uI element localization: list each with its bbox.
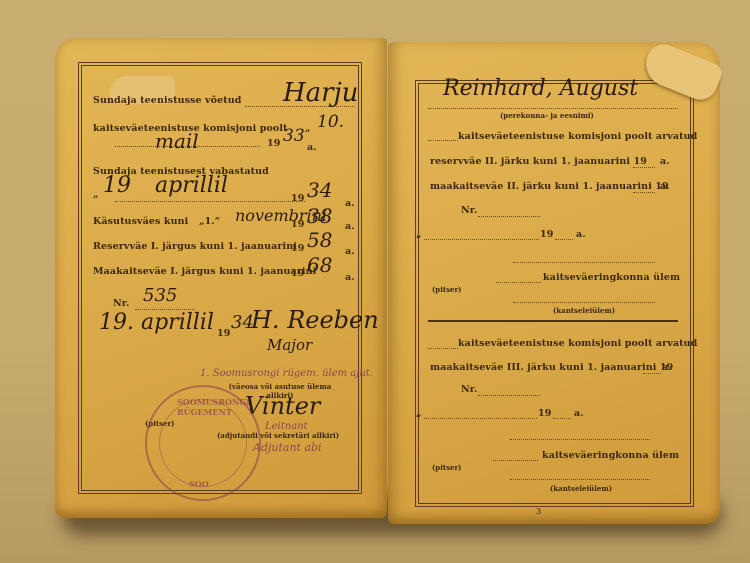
active-reserve-day: „1.“ xyxy=(199,216,220,227)
reserve-line: reservväe II. järku kuni 1. jaanuarini 1… xyxy=(430,156,647,167)
handwritten-active-year: 38 xyxy=(307,204,332,228)
district-label-1: kaitseväeringkonna ülem xyxy=(543,272,680,283)
year-suffix: a. xyxy=(345,246,355,257)
handwritten-territorial-year: 68 xyxy=(307,253,332,277)
nr-label: Nr. xyxy=(113,298,129,309)
field-line xyxy=(633,167,655,168)
handwritten-issue-date: 19. aprillil xyxy=(99,310,214,335)
seal-label-1: (pitser) xyxy=(432,285,462,294)
year-prefix-1: 19 xyxy=(540,229,553,240)
year-suffix-1: a. xyxy=(576,229,586,240)
handwritten-month: mail xyxy=(155,129,199,153)
handwritten-reserve-year: 58 xyxy=(307,228,332,252)
field-line xyxy=(428,140,458,141)
field-line xyxy=(553,418,571,419)
year-suffix: a. xyxy=(345,198,355,209)
adjutant-role: Adjutant abi xyxy=(253,441,322,454)
year-prefix: 19 xyxy=(291,268,304,279)
handwritten-day: 10. xyxy=(317,112,344,132)
territorial-line-1: maakaitseväe II. järku kuni 1. jaanuarin… xyxy=(430,181,669,192)
signature-line xyxy=(510,479,650,480)
year-prefix: 19 xyxy=(291,193,304,204)
year-prefix: 19 xyxy=(291,219,304,230)
commander-signature: H. Reeben xyxy=(251,306,379,334)
right-page: Reinhard, August (perekonna- ja eesnimi)… xyxy=(388,42,720,524)
district-label-2: kaitseväeringkonna ülem xyxy=(542,450,679,461)
signature-line xyxy=(513,262,655,263)
section-divider xyxy=(428,320,678,322)
field-line xyxy=(424,418,537,419)
field-line xyxy=(493,460,538,461)
quote-open: „ xyxy=(416,229,422,240)
regiment-seal-stamp: SOOMUSRONGI RÜGEMENT SOO xyxy=(145,385,261,501)
commission-label-2: kaitseväeteenistuse komisjoni poolt arva… xyxy=(458,338,697,349)
suffix: a. xyxy=(660,156,670,167)
year-prefix: 19 xyxy=(291,243,304,254)
handwritten-release-day: 19 xyxy=(103,173,131,198)
stamp-text-top: SOOMUSRONGI RÜGEMENT xyxy=(177,397,259,417)
commission-label-1: kaitseväeteenistuse komisjoni poolt arva… xyxy=(458,131,697,142)
year-suffix: a. xyxy=(345,272,355,283)
handwritten-nr: 535 xyxy=(143,285,177,306)
handwritten-accepted-by: Harju xyxy=(283,78,358,108)
nr-label-2: Nr. xyxy=(461,384,477,395)
field-line xyxy=(643,373,661,374)
signature-line xyxy=(513,302,655,303)
suffix: a. xyxy=(662,362,672,373)
year-prefix: 19 xyxy=(217,328,230,339)
field-line xyxy=(478,395,540,396)
handwritten-release-month: aprillil xyxy=(155,173,228,198)
page-number: 3 xyxy=(536,507,541,516)
chancellery-caption-2: (kantseleiülem) xyxy=(550,484,612,493)
year-suffix: a. xyxy=(307,142,317,153)
territorial-line-2: maakaitseväe III. järku kuni 1. jaanuari… xyxy=(430,362,673,373)
seal-label-2: (pitser) xyxy=(432,463,462,472)
nr-label-1: Nr. xyxy=(461,205,477,216)
name-caption: (perekonna- ja eesnimi) xyxy=(500,111,594,120)
quote-open: „ xyxy=(93,189,99,200)
handwritten-year: 33 xyxy=(283,126,305,146)
unit-stamp: 1. Soomusrongi rügem. ülem ajut. xyxy=(200,368,373,379)
year-suffix: a. xyxy=(345,221,355,232)
accepted-label: Sundaja teenistusse võetud xyxy=(93,95,242,106)
field-line xyxy=(478,216,540,217)
quote-open: „ xyxy=(305,123,311,134)
year-prefix-2: 19 xyxy=(538,408,551,419)
field-line xyxy=(428,108,678,109)
stamp-text-bottom: SOO xyxy=(189,479,209,489)
field-line xyxy=(555,239,573,240)
suffix: a. xyxy=(660,181,670,192)
commander-rank: Major xyxy=(267,336,312,354)
year-prefix: 19 xyxy=(267,138,280,149)
reserve-label: Reservväe I. järgus kuni 1. jaanuarini xyxy=(93,241,297,252)
field-line xyxy=(424,239,539,240)
chancellery-caption-1: (kantseleiülem) xyxy=(553,306,615,315)
field-line xyxy=(428,348,458,349)
field-line xyxy=(496,282,541,283)
year-suffix-2: a. xyxy=(574,408,584,419)
handwritten-release-year: 34 xyxy=(307,178,332,202)
signature-line xyxy=(510,439,650,440)
quote-open: „ xyxy=(416,408,422,419)
active-reserve-label: Käsutusväes kuni xyxy=(93,216,188,227)
field-line xyxy=(115,201,305,202)
field-line xyxy=(633,192,655,193)
territorial-label: Maakaitseväe I. järgus kuni 1. jaanuarin… xyxy=(93,266,316,277)
handwritten-name: Reinhard, August xyxy=(443,76,638,101)
